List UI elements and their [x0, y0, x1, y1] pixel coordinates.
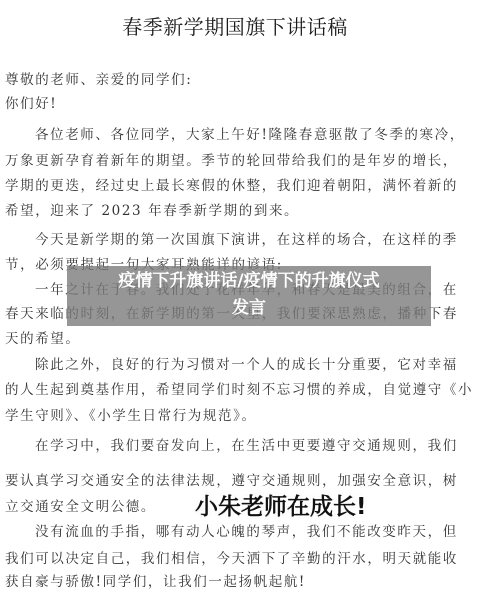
caption-line-1: 疫情下升旗讲话/疫情下的升旗仪式: [67, 268, 431, 295]
paragraph-line: 立交通安全文明公德。: [5, 499, 156, 515]
paragraph-line: 获自豪与骄傲!同学们，让我们一起扬帆起航!: [5, 574, 306, 590]
paragraph-line: 各位老师、各位同学，大家上午好!隆隆春意驱散了冬季的寒冷，: [35, 127, 465, 143]
paragraph-line: 尊敬的老师、亲爱的同学们:: [5, 72, 192, 88]
paragraph-line: 天的希望。: [5, 331, 81, 347]
paragraph-line: 今天是新学期的第一次国旗下演讲，在这样的场合，在这样的季: [35, 232, 458, 248]
paragraph-line: 除此之外，良好的行为习惯对一个人的成长十分重要，它对幸福: [35, 357, 458, 373]
paragraph-line: 我们可以决定自己，我们相信，今天洒下了辛勤的汗水，明天就能收: [5, 551, 458, 567]
paragraph-line: 希望，迎来了 2023 年春季新学期的到来。: [5, 203, 299, 219]
paragraph-line: 万象更新孕育着新年的期望。季节的轮回带给我们的是年岁的增长，: [5, 153, 458, 169]
paragraph-line: 学期的更迭，经过史上最长寒假的休整，我们迎着朝阳，满怀着新的: [5, 178, 458, 194]
watermark: 小朱老师在成长!: [195, 488, 367, 521]
page-title: 春季新学期国旗下讲话稿: [0, 11, 470, 40]
paragraph-line: 的人生起到奠基作用，希望同学们时刻不忘习惯的养成，自觉遵守《小: [5, 382, 473, 398]
paragraph-line: 学生守则》、《小学生日常行为规范》。: [5, 408, 257, 424]
paragraph-line: 要认真学习交通安全的法律法规，遵守交通规则，加强安全意识，树: [5, 473, 458, 489]
caption-overlay: 疫情下升旗讲话/疫情下的升旗仪式 发言: [67, 268, 431, 322]
caption-line-2: 发言: [67, 295, 431, 322]
paragraph-line: 在学习中，我们要奋发向上，在生活中更要遵守交通规则，我们: [35, 438, 458, 454]
paragraph-line: 没有流血的手指，哪有动人心魄的琴声，我们不能改变昨天，但: [35, 524, 458, 540]
paragraph-line: 你们好!: [5, 96, 57, 112]
